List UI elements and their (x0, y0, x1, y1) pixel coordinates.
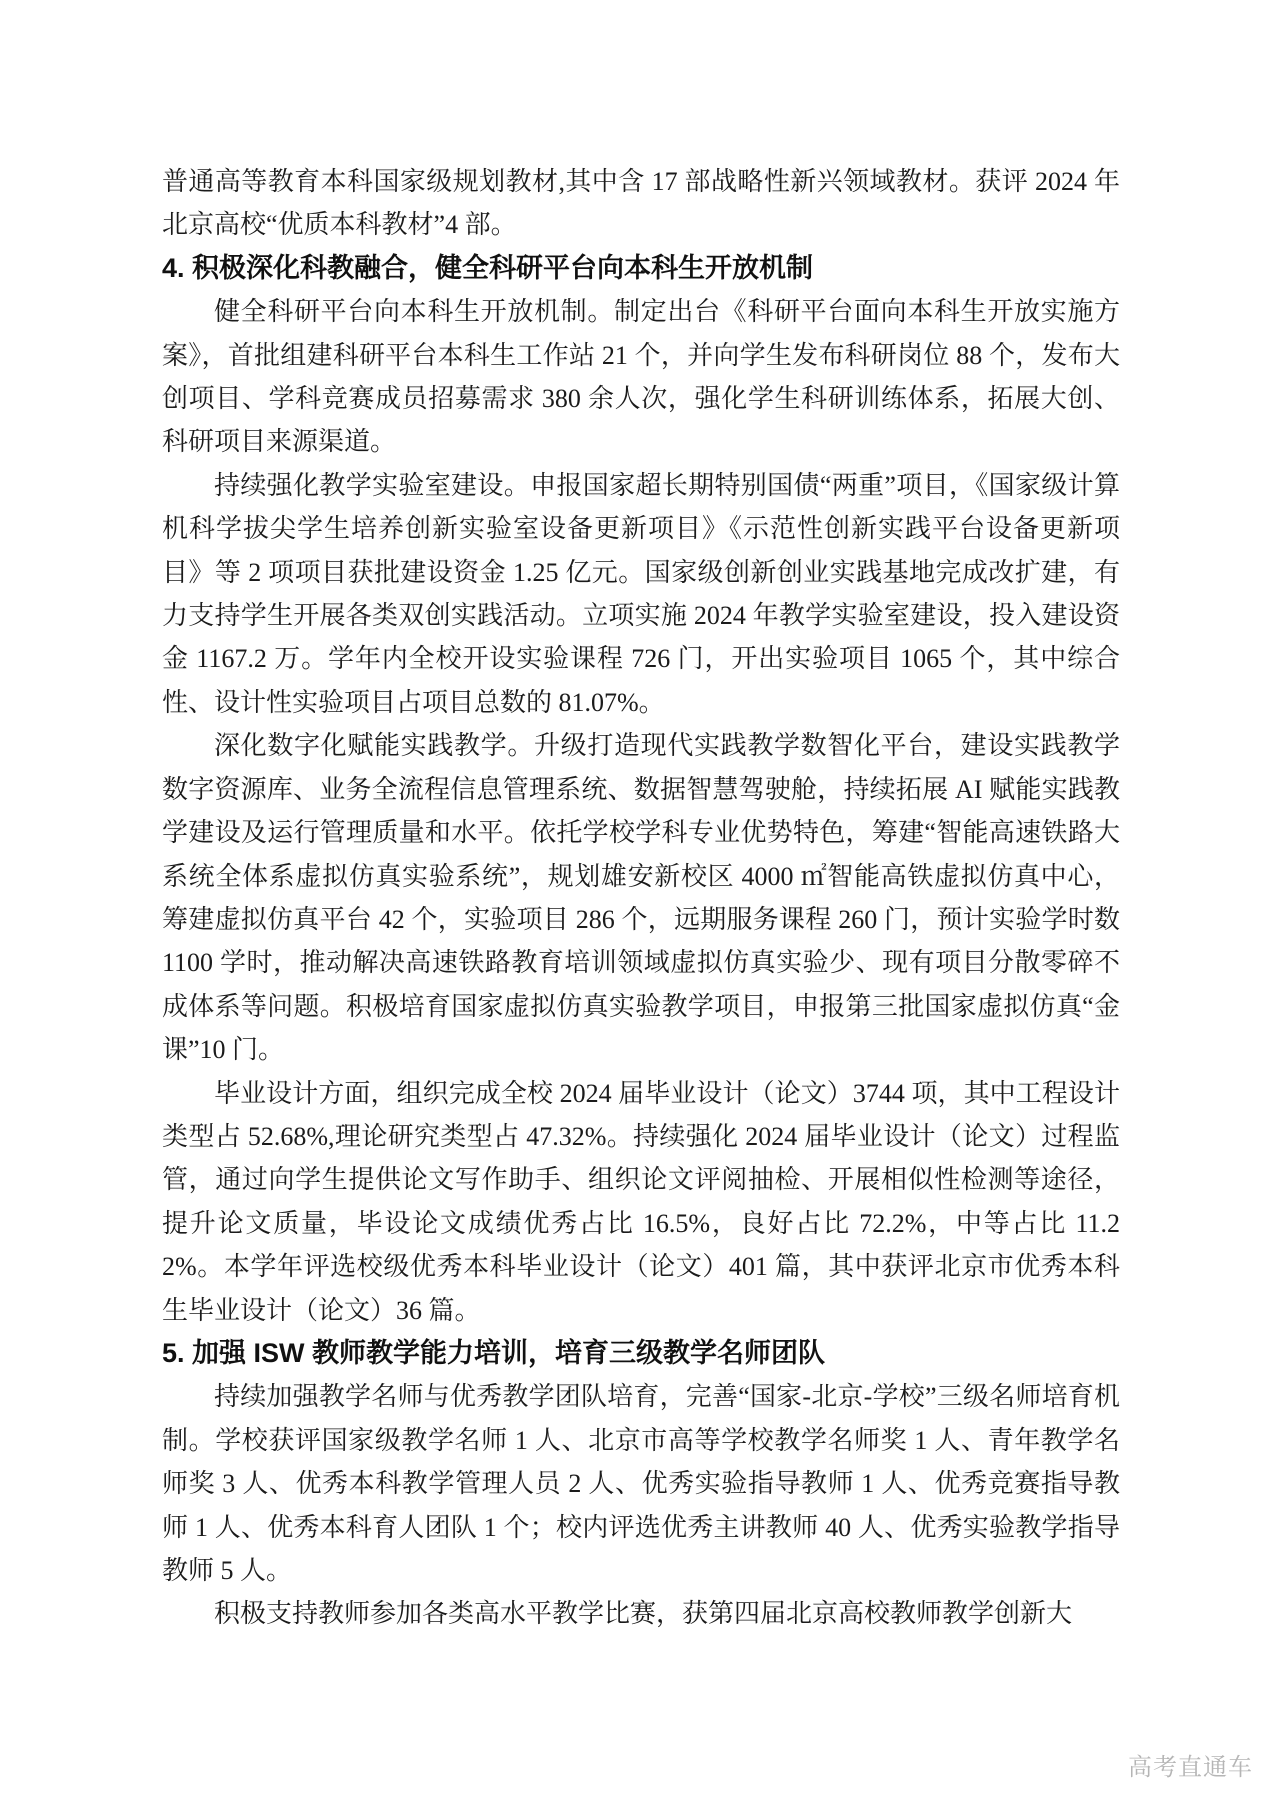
watermark: 高考直通车 (1128, 1756, 1253, 1780)
paragraph-continuation: 普通高等教育本科国家级规划教材,其中含 17 部战略性新兴领域教材。获评 202… (162, 160, 1120, 247)
paragraph: 持续强化教学实验室建设。申报国家超长期特别国债“两重”项目，《国家级计算机科学拔… (162, 464, 1120, 724)
paragraph: 毕业设计方面，组织完成全校 2024 届毕业设计（论文）3744 项，其中工程设… (162, 1072, 1120, 1332)
paragraph: 持续加强教学名师与优秀教学团队培育，完善“国家-北京-学校”三级名师培育机制。学… (162, 1375, 1120, 1592)
document-page: 普通高等教育本科国家级规划教材,其中含 17 部战略性新兴领域教材。获评 202… (0, 0, 1280, 1810)
document-content: 普通高等教育本科国家级规划教材,其中含 17 部战略性新兴领域教材。获评 202… (162, 160, 1120, 1636)
paragraph: 健全科研平台向本科生开放机制。制定出台《科研平台面向本科生开放实施方案》，首批组… (162, 290, 1120, 464)
section-heading-4: 4. 积极深化科教融合，健全科研平台向本科生开放机制 (162, 247, 1120, 290)
section-heading-5: 5. 加强 ISW 教师教学能力培训，培育三级教学名师团队 (162, 1332, 1120, 1375)
paragraph: 深化数字化赋能实践教学。升级打造现代实践教学数智化平台，建设实践教学数字资源库、… (162, 724, 1120, 1071)
paragraph: 积极支持教师参加各类高水平教学比赛，获第四届北京高校教师教学创新大 (162, 1592, 1120, 1635)
